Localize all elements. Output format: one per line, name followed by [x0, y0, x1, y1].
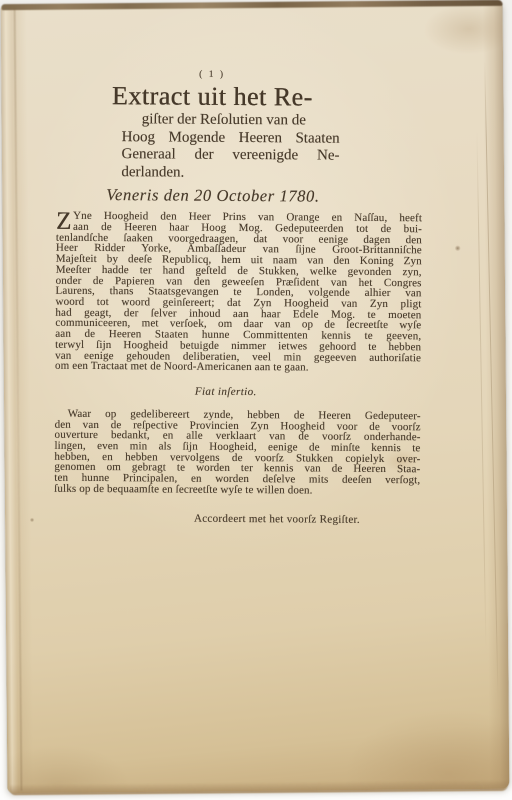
- document-subtitle: giſter der Reſolutien van de Hoog Mogend…: [121, 111, 339, 183]
- page-number: ( 1 ): [97, 69, 327, 81]
- binding-fold: [14, 7, 23, 791]
- subtitle-line: giſter der Reſolutien van de: [142, 111, 340, 130]
- paragraph-2: Waar op gedelibereert zynde, hebben de H…: [54, 409, 421, 497]
- paragraph-1: Z Yne Hoogheid den Heer Prins van Orange…: [55, 211, 422, 374]
- subtitle-line: Generaal der vereenigde Ne-: [121, 146, 339, 165]
- page-content: ( 1 ) Extract uit het Re- giſter der Reſ…: [54, 69, 423, 526]
- closing-attestation: Accordeert met het voorſz Regiſter.: [194, 512, 420, 526]
- document-page: ( 1 ) Extract uit het Re- giſter der Reſ…: [1, 1, 510, 793]
- dateline: Veneris den 20 October 1780.: [106, 185, 422, 207]
- paper-crease: [476, 131, 486, 651]
- subtitle-line: derlanden.: [121, 164, 339, 183]
- photo-backdrop: ( 1 ) Extract uit het Re- giſter der Reſ…: [0, 0, 512, 800]
- paper-crease: [484, 61, 498, 701]
- fiat-insertio-note: Fiat inſertio.: [195, 386, 421, 400]
- drop-cap: Z: [56, 211, 71, 232]
- subtitle-line: Hoog Mogende Heeren Staaten: [122, 129, 340, 148]
- document-title: Extract uit het Re-: [112, 81, 423, 113]
